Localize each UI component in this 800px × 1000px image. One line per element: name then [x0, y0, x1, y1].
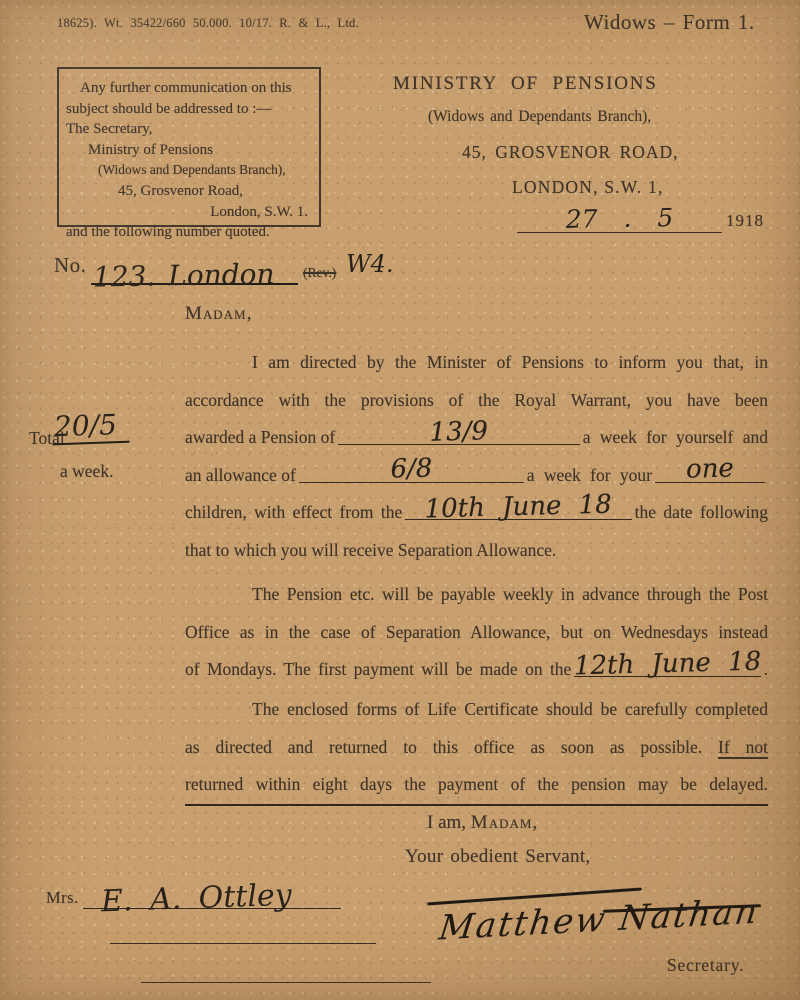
secretary-title: Secretary.	[667, 955, 744, 976]
city-line: LONDON, S.W. 1,	[512, 177, 664, 198]
body-line: Office as in the case of Separation Allo…	[185, 614, 768, 652]
paragraph-payment: The Pension etc. will be payable weekly …	[185, 576, 768, 689]
body-line-first-payment: of Mondays. The first payment will be ma…	[185, 651, 768, 689]
handwritten-children-count: one	[655, 457, 766, 483]
ministry-name: MINISTRY OF PENSIONS	[393, 73, 658, 95]
effect-pre-text: children, with effect from the	[185, 494, 402, 532]
handwritten-effect-date: 10th June 18	[405, 493, 632, 522]
notice-line: subject should be addressed to :—	[66, 99, 312, 120]
form-number-label: Widows – Form 1.	[584, 10, 755, 35]
allowance-amount-blank: 6/8	[299, 480, 524, 483]
reference-number-label: No.	[54, 253, 86, 278]
body-line: The enclosed forms of Life Certificate s…	[185, 691, 768, 729]
body-line: I am directed by the Minister of Pension…	[185, 344, 768, 382]
body-line: The Pension etc. will be payable weekly …	[185, 576, 768, 614]
paragraph-award: I am directed by the Minister of Pension…	[185, 344, 768, 569]
address-blank-line	[141, 944, 431, 983]
paragraph-life-certificate: The enclosed forms of Life Certificate s…	[185, 691, 768, 806]
pension-amount-blank: 13/9	[338, 442, 580, 445]
margin-per-week-label: a week.	[60, 461, 113, 482]
allowance-mid-text: a week for your	[527, 457, 652, 495]
street-line: 45, GROSVENOR ROAD,	[462, 142, 679, 163]
body-line-pension: awarded a Pension of 13/9 a week for you…	[185, 419, 768, 457]
handwritten-allowance-amount: 6/8	[299, 455, 524, 484]
payment-date-blank: 12th June 18	[574, 674, 760, 677]
warning-underlined-line: returned within eight days the payment o…	[185, 766, 768, 806]
handwritten-date: 27 . 5	[517, 204, 722, 233]
notice-line: The Secretary,	[66, 119, 312, 140]
allowance-pre-text: an allowance of	[185, 457, 296, 495]
notice-line: (Widows and Dependants Branch),	[66, 160, 312, 181]
addressee-label: Mrs.	[46, 888, 79, 908]
address-blank-line	[110, 905, 376, 944]
handwritten-reference-number: 123. London	[93, 260, 275, 291]
notice-line: Any further communication on this	[66, 78, 312, 99]
handwritten-total-amount: 20/5	[51, 410, 129, 445]
body-line-allowance: an allowance of 6/8 a week for your one	[185, 457, 768, 495]
certificate-text: as directed and returned to this office …	[185, 737, 702, 757]
letter-date-line: 27 . 5	[517, 199, 722, 233]
payment-pre-text: of Mondays. The first payment will be ma…	[185, 651, 571, 689]
handwritten-district: W4.	[346, 250, 394, 278]
notice-line: London, S.W. 1.	[66, 202, 312, 223]
communication-notice-box: Any further communication on this subjec…	[57, 67, 321, 227]
body-line: that to which you will receive Separatio…	[185, 532, 768, 570]
secretary-signature: Matthew Nathan	[425, 882, 770, 954]
children-count-blank: one	[655, 480, 765, 483]
body-line: accordance with the provisions of the Ro…	[185, 382, 768, 420]
year-label: 1918	[726, 211, 764, 231]
reference-number-line: 123. London	[91, 243, 298, 285]
payment-end-period: .	[764, 651, 768, 689]
addressee-name-line: E. A. Ottley	[83, 864, 341, 909]
printer-imprint: 18625). Wt. 35422/660 50.000. 10/17. R. …	[57, 16, 359, 31]
body-line-effect-date: children, with effect from the 10th June…	[185, 494, 768, 532]
body-line-warning-start: as directed and returned to this office …	[185, 729, 768, 767]
pension-post-text: a week for yourself and	[583, 419, 768, 457]
valediction-line-1: I am, Madam,	[427, 812, 538, 834]
pension-award-letter: 18625). Wt. 35422/660 50.000. 10/17. R. …	[0, 0, 800, 1000]
branch-line: (Widows and Dependants Branch),	[428, 108, 651, 126]
notice-line: 45, Grosvenor Road,	[66, 181, 312, 202]
pension-pre-text: awarded a Pension of	[185, 419, 335, 457]
effect-date-blank: 10th June 18	[405, 517, 631, 520]
handwritten-payment-date: 12th June 18	[574, 650, 761, 678]
valediction-madam: Madam,	[471, 812, 538, 833]
handwritten-pension-amount: 13/9	[338, 417, 580, 447]
valediction-line-2: Your obedient Servant,	[405, 846, 590, 868]
rev-label-struck: (Rev.)	[303, 265, 336, 281]
effect-post-text: the date following	[635, 494, 768, 532]
notice-line: and the following number quoted.	[66, 222, 312, 243]
notice-line: Ministry of Pensions	[66, 140, 312, 161]
salutation: Madam,	[185, 303, 252, 325]
warning-underlined-start: If not	[718, 737, 768, 757]
